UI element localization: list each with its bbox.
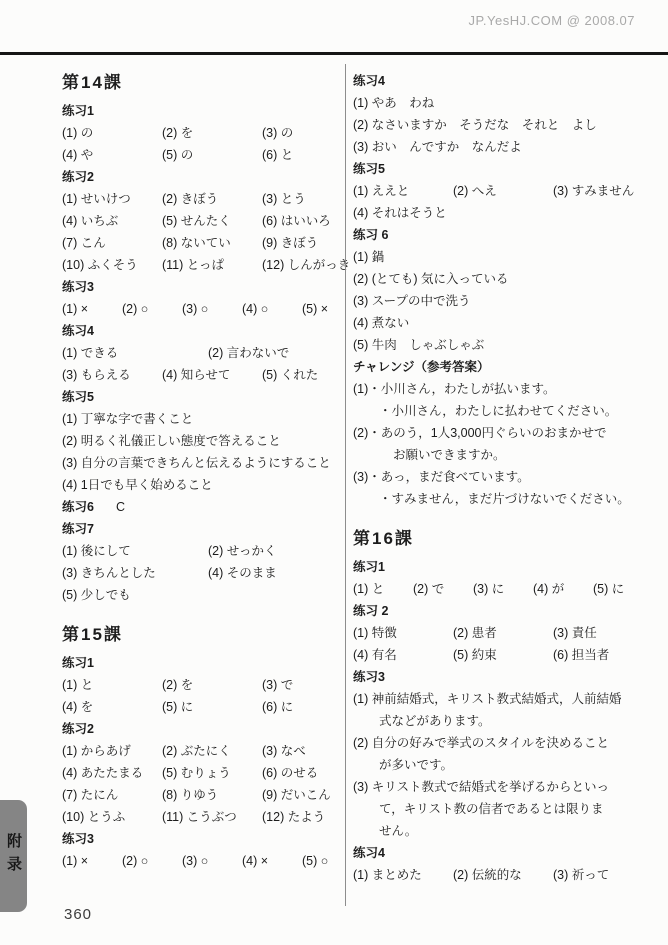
answer-cell: (11) こうぶつ: [162, 806, 262, 828]
left-column: 第14課练习1(1) の(2) を(3) の(4) や(5) の(6) と练习2…: [62, 70, 344, 886]
answer-cell: (3) に: [473, 578, 533, 600]
answer-cell: (2) 伝統的な: [453, 864, 553, 886]
answer-line: (3) キリスト教式で結婚式を挙げるからといっ: [353, 776, 645, 798]
answer-cell: (2) ぶたにく: [162, 740, 262, 762]
column-divider: [345, 64, 346, 906]
exercise-heading-label: 练习 6: [353, 228, 388, 242]
answer-line: (3) おい んですか なんだよ: [353, 136, 645, 158]
answer-line: (4) 1日でも早く始めること: [62, 474, 344, 496]
answer-cell: (5) ○: [302, 850, 328, 872]
answer-cell: (4) そのまま: [208, 562, 277, 584]
answer-cell: (2) 言わないで: [208, 342, 289, 364]
answer-line: ・すみません，まだ片づけないでください。: [353, 488, 645, 510]
exercise-heading-label: チャレンジ（参考答案）: [353, 360, 490, 374]
answer-cell: (4) あたたまる: [62, 762, 162, 784]
answer-cell: (4) が: [533, 578, 593, 600]
exercise-heading-label: 练习1: [62, 656, 94, 670]
lesson-title: 第15課: [62, 622, 344, 648]
answer-cell: (4) ○: [242, 298, 302, 320]
answer-cell: (1) 特徴: [353, 622, 453, 644]
exercise-heading-label: 练习 2: [353, 604, 388, 618]
answer-cell: (2) で: [413, 578, 473, 600]
answer-cell: (1) からあげ: [62, 740, 162, 762]
exercise-heading: 练习5: [62, 386, 344, 408]
exercise-heading-label: 练习2: [62, 722, 94, 736]
answer-cell: (10) ふくそう: [62, 254, 162, 276]
answer-row: (7) こん(8) ないてい(9) きぼう: [62, 232, 344, 254]
exercise-heading: 练习5: [353, 158, 645, 180]
answer-cell: (3) なべ: [262, 740, 306, 762]
exercise-heading-label: 练习4: [353, 74, 385, 88]
answer-cell: (5) に: [593, 578, 624, 600]
answer-row: (7) たにん(8) りゆう(9) だいこん: [62, 784, 344, 806]
answer-row: (4) を(5) に(6) に: [62, 696, 344, 718]
answer-cell: (7) たにん: [62, 784, 162, 806]
answer-cell: (5) ×: [302, 298, 328, 320]
answer-cell: (6) はいいろ: [262, 210, 331, 232]
answer-line: が多いです。: [353, 754, 645, 776]
exercise-heading-label: 练习5: [62, 390, 94, 404]
watermark-text: JP.YesHJ.COM @ 2008.07: [468, 13, 635, 28]
answer-line: (1)・小川さん，わたしが払います。: [353, 378, 645, 400]
lesson-title: 第16課: [353, 526, 645, 552]
right-column: 练习4(1) やあ わね(2) なさいますか そうだな それと よし(3) おい…: [344, 70, 645, 886]
answer-cell: (2) を: [162, 674, 262, 696]
answer-line: (2) (とても) 気に入っている: [353, 268, 645, 290]
answer-cell: (9) きぼう: [262, 232, 318, 254]
page-number: 360: [64, 906, 92, 923]
answer-row: (4) いちぶ(5) せんたく(6) はいいろ: [62, 210, 344, 232]
lesson-title: 第14課: [62, 70, 344, 96]
answer-cell: (2) 患者: [453, 622, 553, 644]
answer-cell: (1) ×: [62, 298, 122, 320]
answer-line: お願いできますか。: [353, 444, 645, 466]
answer-cell: (3) ○: [182, 298, 242, 320]
exercise-heading-label: 练习5: [353, 162, 385, 176]
answer-cell: (2) せっかく: [208, 540, 277, 562]
answer-row: (1) の(2) を(3) の: [62, 122, 344, 144]
answer-cell: (4) ×: [242, 850, 302, 872]
page-body: 第14課练习1(1) の(2) を(3) の(4) や(5) の(6) と练习2…: [62, 70, 646, 886]
answer-cell: (5) 約束: [453, 644, 553, 666]
exercise-heading: 练习6C: [62, 496, 344, 518]
exercise-heading-label: 练习4: [353, 846, 385, 860]
answer-cell: (6) のせる: [262, 762, 318, 784]
answer-line: (1) 鍋: [353, 246, 645, 268]
answer-line: (1) やあ わね: [353, 92, 645, 114]
answer-cell: (1) ええと: [353, 180, 453, 202]
answer-cell: (1) と: [62, 674, 162, 696]
answer-cell: (4) 有名: [353, 644, 453, 666]
answer-cell: (3) とう: [262, 188, 306, 210]
answer-cell: (4) いちぶ: [62, 210, 162, 232]
answer-row: (10) とうふ(11) こうぶつ(12) たよう: [62, 806, 344, 828]
exercise-heading: 练习1: [353, 556, 645, 578]
exercise-heading: チャレンジ（参考答案）: [353, 356, 645, 378]
answer-cell: (1) せいけつ: [62, 188, 162, 210]
answer-row: (1) まとめた(2) 伝統的な(3) 祈って: [353, 864, 645, 886]
answer-cell: (5) に: [162, 696, 262, 718]
answer-cell: (8) ないてい: [162, 232, 262, 254]
answer-cell: (11) とっぱ: [162, 254, 262, 276]
answer-line: (4) 煮ない: [353, 312, 645, 334]
exercise-heading: 练习4: [353, 842, 645, 864]
answer-line: て，キリスト教の信者であるとは限りま: [353, 798, 645, 820]
answer-cell: (5) せんたく: [162, 210, 262, 232]
side-tab-label: 附录: [3, 833, 24, 879]
answer-cell: (4) や: [62, 144, 162, 166]
exercise-heading-label: 练习3: [62, 832, 94, 846]
answer-row: (3) もらえる(4) 知らせて(5) くれた: [62, 364, 344, 386]
answer-cell: (10) とうふ: [62, 806, 162, 828]
answer-cell: (6) に: [262, 696, 293, 718]
answer-row: (4) 有名(5) 約束(6) 担当者: [353, 644, 645, 666]
answer-line: (3) 自分の言葉できちんと伝えるようにすること: [62, 452, 344, 474]
answer-cell: (3) すみません: [553, 180, 634, 202]
answer-cell: (5) むりょう: [162, 762, 262, 784]
exercise-heading-label: 练习1: [62, 104, 94, 118]
exercise-heading: 练习1: [62, 652, 344, 674]
answer-cell: (2) を: [162, 122, 262, 144]
answer-row: (10) ふくそう(11) とっぱ(12) しんがっき: [62, 254, 344, 276]
answer-cell: (5) の: [162, 144, 262, 166]
answer-row: (1) ええと(2) へえ(3) すみません: [353, 180, 645, 202]
answer-cell: (6) 担当者: [553, 644, 609, 666]
answer-cell: (1) 後にして: [62, 540, 208, 562]
exercise-heading: 练习4: [62, 320, 344, 342]
answer-cell: (2) ○: [122, 298, 182, 320]
answer-cell: (7) こん: [62, 232, 162, 254]
answer-row: (1) せいけつ(2) きぼう(3) とう: [62, 188, 344, 210]
answer-line: (5) 牛肉 しゃぶしゃぶ: [353, 334, 645, 356]
section-side-tab: 附录: [0, 800, 27, 912]
answer-cell: (2) へえ: [453, 180, 553, 202]
answer-cell: (3) もらえる: [62, 364, 162, 386]
exercise-heading-label: 练习7: [62, 522, 94, 536]
answer-line: (2) 明るく礼儀正しい態度で答えること: [62, 430, 344, 452]
answer-line: (2) なさいますか そうだな それと よし: [353, 114, 645, 136]
answer-cell: (3) ○: [182, 850, 242, 872]
answer-cell: (1) と: [353, 578, 413, 600]
answer-line: (1) 神前結婚式，キリスト教式結婚式，人前結婚: [353, 688, 645, 710]
answer-cell: (1) ×: [62, 850, 122, 872]
exercise-heading: 练习 6: [353, 224, 645, 246]
exercise-heading: 练习3: [62, 276, 344, 298]
exercise-heading-label: 练习1: [353, 560, 385, 574]
answer-cell: (3) きちんとした: [62, 562, 208, 584]
answer-row: (4) や(5) の(6) と: [62, 144, 344, 166]
exercise-heading: 练习3: [353, 666, 645, 688]
answer-row: (4) あたたまる(5) むりょう(6) のせる: [62, 762, 344, 784]
answer-line: (5) 少しでも: [62, 584, 344, 606]
exercise-heading-label: 练习6: [62, 500, 94, 514]
answer-cell: (3) 責任: [553, 622, 597, 644]
answer-row: (1) と(2) を(3) で: [62, 674, 344, 696]
answer-cell: (8) りゆう: [162, 784, 262, 806]
answer-cell: (1) の: [62, 122, 162, 144]
exercise-heading-label: 练习3: [353, 670, 385, 684]
answer-row: (1) できる(2) 言わないで: [62, 342, 344, 364]
answer-cell: (4) を: [62, 696, 162, 718]
answer-cell: (2) ○: [122, 850, 182, 872]
answer-cell: (9) だいこん: [262, 784, 331, 806]
answer-line: (1) 丁寧な字で書くこと: [62, 408, 344, 430]
exercise-heading-label: 练习2: [62, 170, 94, 184]
scanned-answer-page: JP.YesHJ.COM @ 2008.07 第14課练习1(1) の(2) を…: [0, 0, 668, 945]
exercise-heading: 练习4: [353, 70, 645, 92]
answer-cell: (2) きぼう: [162, 188, 262, 210]
answer-cell: (4) 知らせて: [162, 364, 262, 386]
answer-row: (3) きちんとした(4) そのまま: [62, 562, 344, 584]
exercise-heading: 练习2: [62, 718, 344, 740]
answer-line: 式などがあります。: [353, 710, 645, 732]
answer-cell: (3) 祈って: [553, 864, 609, 886]
answer-cell: (1) まとめた: [353, 864, 453, 886]
answer-cell: (5) くれた: [262, 364, 318, 386]
exercise-heading: 练习7: [62, 518, 344, 540]
inline-answer: C: [116, 500, 125, 514]
exercise-heading-label: 练习4: [62, 324, 94, 338]
top-rule: [0, 52, 668, 55]
exercise-heading-label: 练习3: [62, 280, 94, 294]
exercise-heading: 练习3: [62, 828, 344, 850]
answer-cell: (3) で: [262, 674, 293, 696]
answer-line: せん。: [353, 820, 645, 842]
answer-row: (1) からあげ(2) ぶたにく(3) なべ: [62, 740, 344, 762]
answer-line: (2)・あのう，1人3,000円ぐらいのおまかせで: [353, 422, 645, 444]
answer-cell: (12) しんがっき: [262, 254, 350, 276]
exercise-heading: 练习2: [62, 166, 344, 188]
answer-line: ・小川さん，わたしに払わせてください。: [353, 400, 645, 422]
answer-line: (2) 自分の好みで挙式のスタイルを決めること: [353, 732, 645, 754]
answer-cell: (3) の: [262, 122, 293, 144]
answer-cell: (1) できる: [62, 342, 208, 364]
answer-line: (4) それはそうと: [353, 202, 645, 224]
answer-line: (3)・あっ，まだ食べています。: [353, 466, 645, 488]
answer-row: (1) ×(2) ○(3) ○(4) ○(5) ×: [62, 298, 344, 320]
answer-row: (1) 特徴(2) 患者(3) 責任: [353, 622, 645, 644]
answer-cell: (12) たよう: [262, 806, 325, 828]
answer-line: (3) スープの中で洗う: [353, 290, 645, 312]
exercise-heading: 练习 2: [353, 600, 645, 622]
answer-row: (1) 後にして(2) せっかく: [62, 540, 344, 562]
answer-row: (1) と(2) で(3) に(4) が(5) に: [353, 578, 645, 600]
answer-row: (1) ×(2) ○(3) ○(4) ×(5) ○: [62, 850, 344, 872]
exercise-heading: 练习1: [62, 100, 344, 122]
answer-cell: (6) と: [262, 144, 293, 166]
